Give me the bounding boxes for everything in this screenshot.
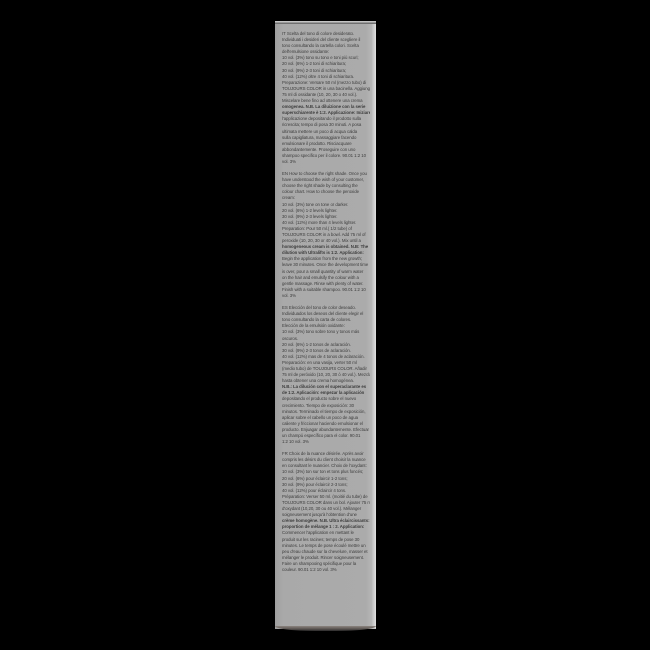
instruction-line: mélanger le produit. Rincer soigneusemen… xyxy=(282,555,370,561)
instruction-line: ricrescita; tempo di posa 30 minuti. A p… xyxy=(282,122,370,128)
instruction-line: on the hair and emulsify the colour with… xyxy=(282,275,370,281)
instruction-line: leave 30 minutes. Once the development t… xyxy=(282,262,370,268)
box-right-edge xyxy=(372,22,376,628)
instruction-line: caliente y friccionar haciendo emulsiona… xyxy=(282,421,370,427)
instruction-line: Preparazione: Versare 50 ml (mezzo tubo)… xyxy=(282,80,370,86)
instruction-line: 40 vol. (12%) mas de 4 tonos de aclaraci… xyxy=(282,354,370,360)
instruction-line: is over, pour a small quantity of warm w… xyxy=(282,269,370,275)
instruction-line: vol. 3% xyxy=(282,159,370,165)
instruction-line: produit sur les racines; temps de pose 3… xyxy=(282,537,370,543)
instruction-line: 10 vol. (3%) tono sobre tono y tonos más xyxy=(282,329,370,335)
box-bottom-edge xyxy=(275,626,376,631)
instruction-line: aplicar sobre el cabello un poco de agua xyxy=(282,415,370,421)
instruction-line: gentle massage. Rinse with plenty of wat… xyxy=(282,281,370,287)
instruction-line: peu d'eau chaude sur la chevelure, masse… xyxy=(282,549,370,555)
section-en: EN How to choose the right shade. Once y… xyxy=(282,171,370,299)
box-top-edge xyxy=(275,21,376,24)
section-fr: FR Choix de la nuance désirée. Après avo… xyxy=(282,451,370,573)
instruction-line: minutes. Le temps de pose écoulé mettre … xyxy=(282,543,370,549)
section-it: IT Scelta del tono di colore desiderato.… xyxy=(282,31,370,165)
instruction-line: 1:2 10 vol. 3% xyxy=(282,439,370,445)
instruction-line: couleur. 90.01 1:2 10 vol. 3% xyxy=(282,567,370,573)
instruction-line: ultimata mettere un poco di acqua calda xyxy=(282,129,370,135)
instruction-line: minutos. Terminado el tiempo de exposici… xyxy=(282,409,370,415)
instruction-line: vol. 3% xyxy=(282,293,370,299)
instruction-line: 10 vol. (3%) ton sur ton et tons plus fo… xyxy=(282,469,370,475)
instruction-line: colour chart. How to choose the peroxide xyxy=(282,189,370,195)
instructions-text: IT Scelta del tono di colore desiderato.… xyxy=(282,31,370,579)
section-es: ES Elección del tono de color deseado.In… xyxy=(282,305,370,445)
